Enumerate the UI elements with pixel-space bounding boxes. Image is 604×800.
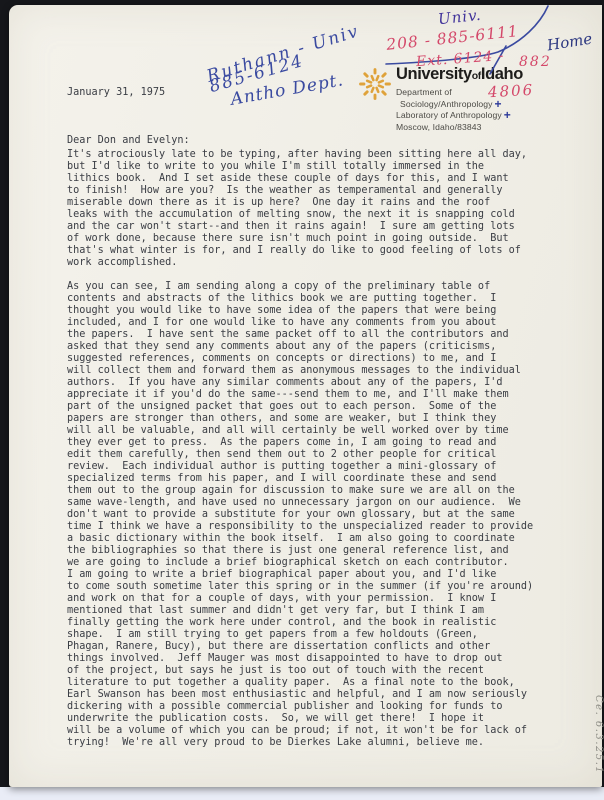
letter-paragraph: As you can see, I am sending along a cop… <box>67 281 533 749</box>
date-line: January 31, 1975 <box>67 87 165 99</box>
dept-line-3: Laboratory of Anthropology+ <box>396 110 523 122</box>
letter-body: It's atrociously late to be typing, afte… <box>67 149 533 761</box>
handwritten-note-4806: 4806 <box>488 81 535 101</box>
university-of-idaho-sunburst-logo-icon <box>358 67 392 101</box>
scanned-letter-page: UniversityofIdaho Department of Sociolog… <box>0 0 604 800</box>
of-word: of <box>472 70 481 82</box>
letter-paragraph: It's atrociously late to be typing, afte… <box>67 149 533 269</box>
dept-line-4: Moscow, Idaho/83843 <box>396 122 523 134</box>
scan-background <box>0 787 604 800</box>
blue-plus-mark-icon: + <box>504 108 511 122</box>
university-name: UniversityofIdaho <box>396 65 523 84</box>
pencil-catalog-number: Ce. 6.3.25.1 <box>593 695 604 774</box>
salutation: Dear Don and Evelyn: <box>67 135 190 147</box>
letter-paper: UniversityofIdaho Department of Sociolog… <box>9 5 602 787</box>
idaho-word: Idaho <box>481 65 523 83</box>
handwritten-note-882: 882 <box>519 54 552 70</box>
